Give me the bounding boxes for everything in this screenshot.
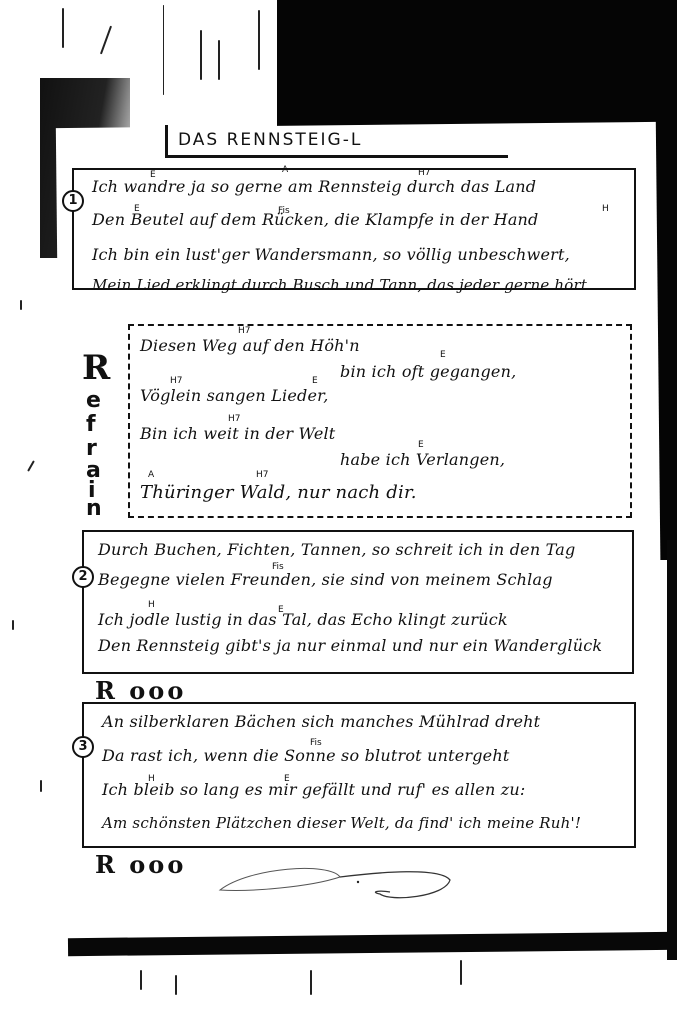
refrain-label-letter: e xyxy=(86,388,101,413)
lyric-line: Begegne vielen Freunden, sie sind von me… xyxy=(98,570,553,589)
lyric-line: Den Beutel auf dem Rücken, die Klampfe i… xyxy=(92,210,539,229)
lyric-line: Da rast ich, wenn die Sonne so blutrot u… xyxy=(102,746,509,765)
chord-label: E xyxy=(418,440,424,450)
lyric-line: Ich bin ein lust'ger Wandersmann, so völ… xyxy=(92,245,570,264)
refrain-line: bin ich oft gegangen, xyxy=(340,362,516,381)
chord-label: H xyxy=(148,774,155,784)
chord-label: E xyxy=(150,170,156,180)
scan-artifact xyxy=(12,620,14,630)
lyric-line: Ich wandre ja so gerne am Rennsteig durc… xyxy=(92,177,536,196)
chord-label: E xyxy=(312,376,318,386)
verse-number: 2 xyxy=(72,566,94,588)
chord-label: H7 xyxy=(170,376,183,386)
chord-label: Fis xyxy=(310,738,322,748)
paper-edge xyxy=(667,540,677,960)
refrain-line: habe ich Verlangen, xyxy=(340,450,505,469)
lyric-line: An silberklaren Bächen sich manches Mühl… xyxy=(102,712,540,731)
scan-artifact xyxy=(200,30,202,80)
scan-artifact xyxy=(27,460,35,471)
chord-label: A xyxy=(148,470,154,480)
scan-artifact xyxy=(258,10,260,70)
refrain-label-letter: n xyxy=(86,496,102,521)
song-title: DAS RENNSTEIG-L xyxy=(178,130,362,150)
scan-artifact xyxy=(310,970,312,995)
scan-artifact xyxy=(140,970,142,990)
chord-label: H7 xyxy=(418,168,431,178)
lyric-line: Am schönsten Plätzchen dieser Welt, da f… xyxy=(102,814,581,832)
paper-edge xyxy=(68,932,677,956)
scan-artifact xyxy=(163,5,164,95)
chord-label: H7 xyxy=(238,326,251,336)
chord-label: H xyxy=(602,204,609,214)
chord-label: H7 xyxy=(228,414,241,424)
lyric-line: Ich jodle lustig in das Tal, das Echo kl… xyxy=(98,610,508,629)
refrain-line: Vöglein sangen Lieder, xyxy=(140,386,329,405)
scan-artifact xyxy=(175,975,177,995)
chord-label: E xyxy=(284,774,290,784)
lyric-line: Durch Buchen, Fichten, Tannen, so schrei… xyxy=(98,540,575,559)
chord-label: E xyxy=(278,605,284,615)
chord-label: Fis xyxy=(278,206,290,216)
scan-artifact xyxy=(62,8,64,48)
scan-artifact xyxy=(460,960,462,985)
scan-artifact xyxy=(100,26,112,55)
chord-label: E xyxy=(440,350,446,360)
scan-artifact xyxy=(218,40,220,80)
lyric-line: Mein Lied erklingt durch Busch und Tann,… xyxy=(92,276,587,294)
chord-label: H7 xyxy=(256,470,269,480)
verse-number: 3 xyxy=(72,736,94,758)
chord-label: E xyxy=(134,204,140,214)
refrain-repeat-text: R ooo xyxy=(95,850,186,879)
chord-label: A xyxy=(282,165,288,175)
decorative-flourish xyxy=(210,862,470,912)
chord-label: H xyxy=(148,600,155,610)
lyric-line: Den Rennsteig gibt's ja nur einmal und n… xyxy=(98,636,602,655)
chord-label: Fis xyxy=(272,562,284,572)
verse-number: 1 xyxy=(62,190,84,212)
refrain-label-letter: R xyxy=(82,348,110,388)
scan-artifact xyxy=(20,300,22,310)
lyric-line: Ich bleib so lang es mir gefällt und ruf… xyxy=(102,780,526,799)
refrain-line: Bin ich weit in der Welt xyxy=(140,424,335,443)
scan-artifact xyxy=(40,780,42,792)
refrain-repeat-text: R ooo xyxy=(95,676,186,705)
refrain-line: Diesen Weg auf den Höh'n xyxy=(140,336,360,355)
refrain-line: Thüringer Wald, nur nach dir. xyxy=(140,482,417,503)
refrain-repeat-marker: R ooo xyxy=(95,850,186,880)
refrain-label-letter: f xyxy=(86,412,96,437)
